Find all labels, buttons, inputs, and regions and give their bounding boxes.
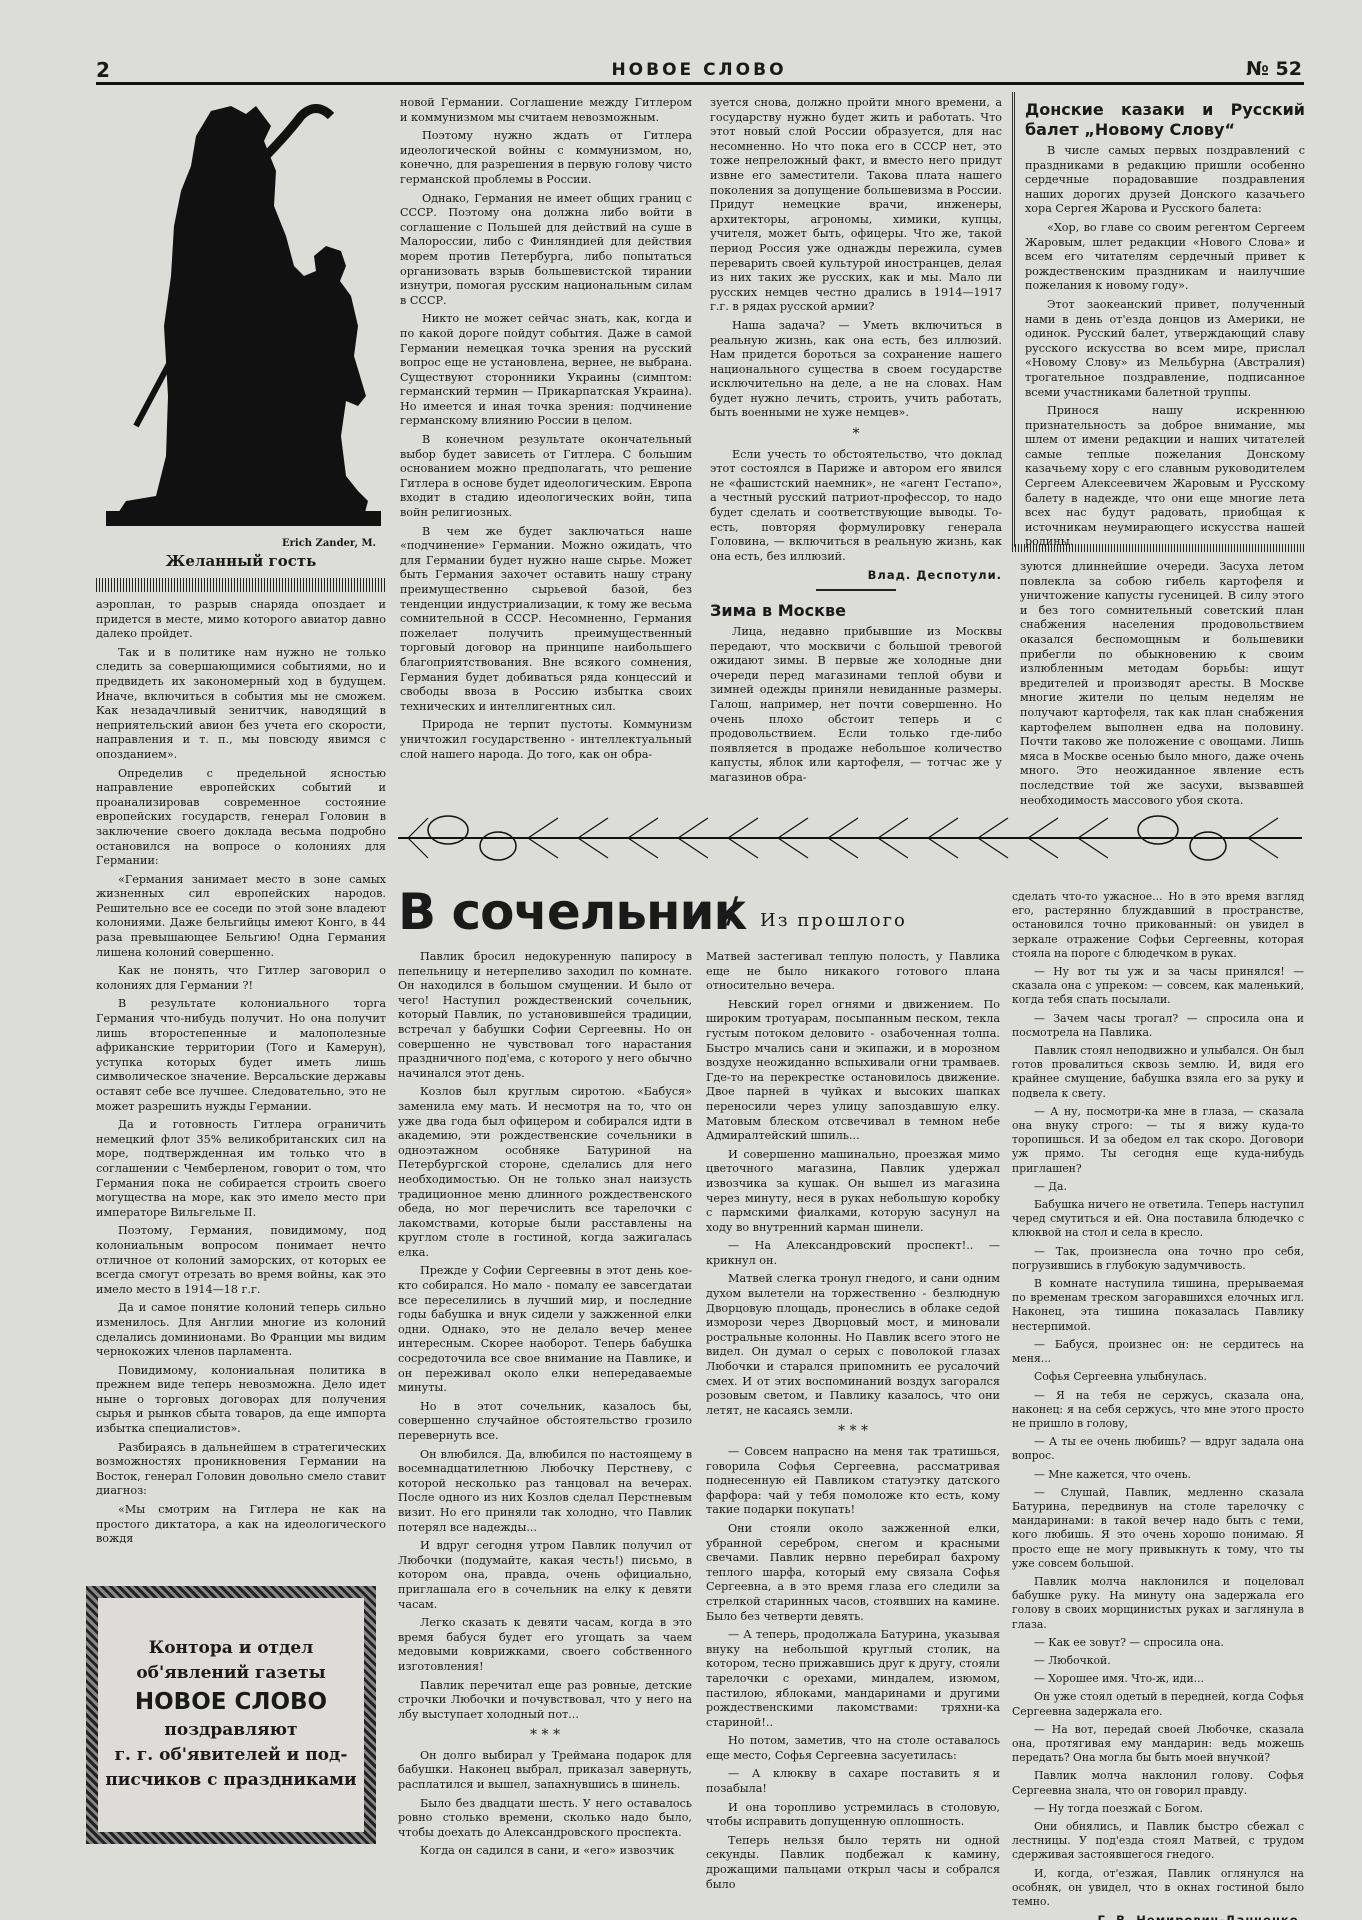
header-rule — [96, 82, 1304, 85]
paragraph: Никто не может сейчас знать, как, когда … — [400, 312, 692, 429]
paragraph: аэроплан, то разрыв снаряда опоздает и п… — [96, 598, 386, 642]
paragraph: Павлик стоял неподвижно и улыбался. Он б… — [1012, 1044, 1304, 1101]
paragraph: — Да. — [1012, 1180, 1304, 1194]
paragraph: Невский горел огнями и движением. По шир… — [706, 998, 1000, 1144]
paragraph: В числе самых первых поздравлений с праз… — [1025, 144, 1305, 217]
story-column-1: Павлик бросил недокуренную папиросу в пе… — [398, 950, 692, 1863]
paragraph: — Ну вот ты уж и за часы принялся! — ска… — [1012, 965, 1304, 1008]
paragraph: — Я на тебя не сержусь, сказала она, нак… — [1012, 1389, 1304, 1432]
pine-branch-ornament — [398, 808, 1302, 868]
article-column-1: аэроплан, то разрыв снаряда опоздает и п… — [96, 598, 386, 1551]
paragraph: Но в этот сочельник, казалось бы, соверш… — [398, 1400, 692, 1444]
newspaper-office-ad: Контора и отдел об'явлений газеты НОВОЕ … — [86, 1586, 376, 1844]
paragraph: Да и самое понятие колоний теперь сильно… — [96, 1301, 386, 1359]
paragraph: Принося нашу искреннюю признательность з… — [1025, 404, 1305, 550]
paragraph: Козлов был круглым сиротою. «Бабуся» зам… — [398, 1085, 692, 1260]
paragraph: — А теперь, продолжала Батурина, указыва… — [706, 1628, 1000, 1730]
paragraph: В чем же будет заключаться наше «подчине… — [400, 525, 692, 715]
story-column-3: сделать что-то ужасное... Но в это время… — [1012, 890, 1304, 1920]
paragraph: — Ну тогда поезжай с Богом. — [1012, 1802, 1304, 1816]
paragraph: Легко сказать к девяти часам, когда в эт… — [398, 1616, 692, 1674]
paragraph: Природа не терпит пустоты. Коммунизм уни… — [400, 718, 692, 762]
section-separator: * — [710, 427, 1002, 442]
paragraph: Разбираясь в дальнейшем в стратегических… — [96, 1441, 386, 1499]
story-title: В сочельник — [398, 884, 747, 940]
paragraph: — Совсем напрасно на меня так тратишься,… — [706, 1445, 1000, 1518]
ad-line: писчиков с праздниками — [98, 1768, 364, 1793]
section-separator: * * * — [706, 1424, 1000, 1439]
paragraph: — Бабуся, произнес он: не сердитесь на м… — [1012, 1338, 1304, 1366]
story-subtitle: Из прошлого — [760, 910, 907, 931]
paragraph: Как не понять, что Гитлер заговорил о ко… — [96, 964, 386, 993]
paragraph: Они обнялись, и Павлик быстро сбежал с л… — [1012, 1820, 1304, 1863]
paragraph: Поэтому, Германия, повидимому, под колон… — [96, 1224, 386, 1297]
illustration-credit: Erich Zander, M. — [282, 538, 376, 549]
paragraph: Прежде у Софии Сергеевны в этот день кое… — [398, 1264, 692, 1395]
paragraph: — Так, произнесла она точно про себя, по… — [1012, 1245, 1304, 1273]
paragraph: Однако, Германия не имеет общих границ с… — [400, 192, 692, 309]
paragraph: Он уже стоял одетый в передней, когда Со… — [1012, 1690, 1304, 1718]
paragraph: — На Александровский проспект!.. — крикн… — [706, 1239, 1000, 1268]
paragraph: Матвей слегка тронул гнедого, и сани одн… — [706, 1272, 1000, 1418]
paragraph: Павлик бросил недокуренную папиросу в пе… — [398, 950, 692, 1081]
ad-line: поздравляют — [98, 1718, 364, 1743]
paragraph: Повидимому, колониальная политика в преж… — [96, 1364, 386, 1437]
paragraph: И совершенно машинально, проезжая мимо ц… — [706, 1148, 1000, 1236]
greetings-box: Донские казаки и Русский балет „Новому С… — [1012, 92, 1307, 547]
paragraph: Павлик перечитал еще раз ровные, детские… — [398, 1679, 692, 1723]
paragraph: Этот заокеанский привет, полученный нами… — [1025, 298, 1305, 400]
paragraph: Матвей застегивал теплую полость, у Павл… — [706, 950, 1000, 994]
newspaper-page: 2 НОВОЕ СЛОВО № 52 Erich Zander, M. Жела… — [0, 0, 1362, 1920]
paragraph: Павлик молча наклонился и поцеловал бабу… — [1012, 1575, 1304, 1632]
paragraph: «Хор, во главе со своим регентом Сергеем… — [1025, 221, 1305, 294]
moscow-article-continued: зуются длиннейшие очереди. Засуха летом … — [1020, 560, 1304, 812]
paragraph: — На вот, передай своей Любочке, сказала… — [1012, 1723, 1304, 1766]
paragraph: — Слушай, Павлик, медленно сказала Батур… — [1012, 1486, 1304, 1571]
story-column-2: Матвей застегивал теплую полость, у Павл… — [706, 950, 1000, 1896]
paragraph: Да и готовность Гитлера ограничить немец… — [96, 1118, 386, 1220]
hatched-divider — [1012, 544, 1304, 552]
paragraph: И вдруг сегодня утром Павлик получил от … — [398, 1539, 692, 1612]
paragraph: — Мне кажется, что очень. — [1012, 1468, 1304, 1482]
paragraph: «Мы смотрим на Гитлера не как на простог… — [96, 1503, 386, 1547]
silhouette-illustration — [96, 96, 386, 531]
paragraph: Было без двадцати шесть. У него оставало… — [398, 1797, 692, 1841]
paragraph: Когда он садился в сани, и «его» извозчи… — [398, 1844, 692, 1859]
paragraph: В результате колониального торга Германи… — [96, 997, 386, 1114]
paragraph: В комнате наступила тишина, прерываемая … — [1012, 1277, 1304, 1334]
ad-line: об'явлений газеты — [98, 1661, 364, 1686]
paragraph: И она торопливо устремилась в столовую, … — [706, 1801, 1000, 1830]
paragraph: Он долго выбирал у Треймана подарок для … — [398, 1749, 692, 1793]
paragraph: Если учесть то обстоятельство, что докла… — [710, 448, 1002, 565]
paragraph: Они стояли около зажженной елки, убранно… — [706, 1522, 1000, 1624]
ad-brand: НОВОЕ СЛОВО — [98, 1686, 364, 1718]
article-column-2: новой Германии. Соглашение между Гитлеро… — [400, 96, 692, 766]
issue-number: № 52 — [1246, 58, 1302, 80]
paragraph: зуется снова, должно пройти много времен… — [710, 96, 1002, 315]
paragraph: — Хорошее имя. Что-ж, иди... — [1012, 1672, 1304, 1686]
ad-line: г. г. об'явителей и под- — [98, 1743, 364, 1768]
paragraph: новой Германии. Соглашение между Гитлеро… — [400, 96, 692, 125]
paragraph: — А клюкву в сахаре поставить я и позабы… — [706, 1767, 1000, 1796]
paragraph: — Как ее зовут? — спросила она. — [1012, 1636, 1304, 1650]
hatched-divider — [96, 578, 386, 592]
paragraph: сделать что-то ужасное... Но в это время… — [1012, 890, 1304, 961]
short-divider — [816, 589, 896, 591]
paragraph: зуются длиннейшие очереди. Засуха летом … — [1020, 560, 1304, 808]
paragraph: Но потом, заметив, что на столе оставало… — [706, 1734, 1000, 1763]
title-slash: / — [726, 890, 738, 931]
paragraph: И, когда, от'езжая, Павлик оглянулся на … — [1012, 1867, 1304, 1910]
section-separator: * * * — [398, 1728, 692, 1743]
paragraph: В конечном результате окончательный выбо… — [400, 433, 692, 521]
paragraph: Софья Сергеевна улыбнулась. — [1012, 1370, 1304, 1384]
paragraph: Теперь нельзя было терять ни одной секун… — [706, 1834, 1000, 1892]
greetings-title: Донские казаки и Русский балет „Новому С… — [1025, 100, 1305, 140]
story-author: Г. В. Немирович-Данченко. — [1012, 1913, 1304, 1920]
paragraph: — Зачем часы трогал? — спросила она и по… — [1012, 1012, 1304, 1040]
masthead: НОВОЕ СЛОВО — [96, 60, 1302, 80]
illustration-caption: Желанный гость — [96, 552, 386, 570]
ad-line: Контора и отдел — [98, 1636, 364, 1661]
greetings-article: Донские казаки и Русский балет „Новому С… — [1025, 100, 1305, 554]
article-column-3: зуется снова, должно пройти много времен… — [710, 96, 1002, 790]
paragraph: Лица, недавно прибывшие из Москвы переда… — [710, 625, 1002, 786]
paragraph: «Германия занимает место в зоне самых жи… — [96, 873, 386, 961]
paragraph: Определив с предельной ясностью направле… — [96, 767, 386, 869]
paragraph: Павлик молча наклонил голову. Софья Серг… — [1012, 1769, 1304, 1797]
moscow-article-title: Зима в Москве — [710, 601, 1002, 621]
paragraph: Он влюбился. Да, влюбился по настоящему … — [398, 1448, 692, 1536]
paragraph: Бабушка ничего не ответила. Теперь насту… — [1012, 1198, 1304, 1241]
paragraph: — А ты ее очень любишь? — вдруг задала о… — [1012, 1435, 1304, 1463]
article-signature: Влад. Деспотули. — [710, 568, 1002, 583]
paragraph: Наша задача? — Уметь включиться в реальн… — [710, 319, 1002, 421]
paragraph: — А ну, посмотри-ка мне в глаза, — сказа… — [1012, 1105, 1304, 1176]
paragraph: Так и в политике нам нужно не только сле… — [96, 646, 386, 763]
paragraph: Поэтому нужно ждать от Гитлера идеологич… — [400, 129, 692, 187]
paragraph: — Любочкой. — [1012, 1654, 1304, 1668]
